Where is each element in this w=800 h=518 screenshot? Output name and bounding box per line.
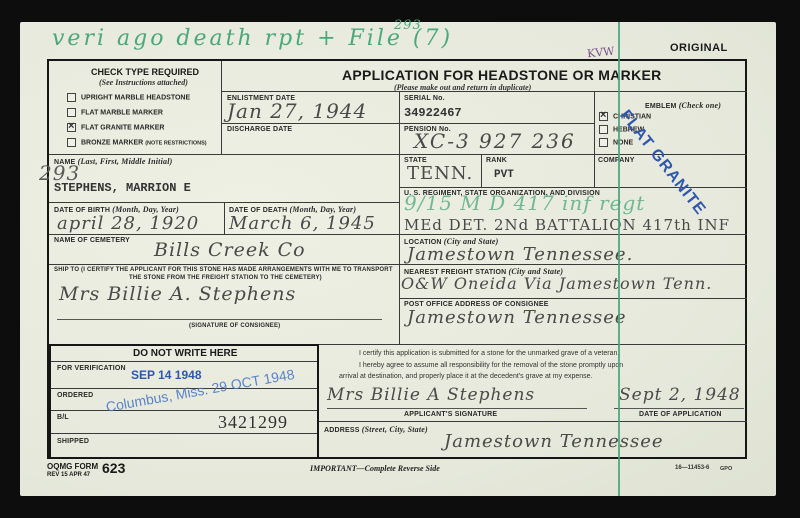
option-label: UPRIGHT MARBLE HEADSTONE [81, 94, 190, 101]
headstone-application-card: veri ago death rpt + File (7) 293 KVW OR… [20, 22, 776, 496]
name-label-hint: (Last, First, Middle Initial) [78, 157, 173, 166]
serial-no-label: SERIAL No. [404, 95, 445, 102]
option-label: FLAT GRANITE MARKER [81, 124, 164, 131]
form-rev: REV 15 APR 47 [47, 471, 98, 479]
office-use-heading: DO NOT WRITE HERE [133, 348, 237, 359]
option-note: (NOTE RESTRICTIONS) [145, 140, 206, 146]
date-of-application-value[interactable]: Sept 2, 1948 [619, 385, 741, 405]
option-label: FLAT MARBLE MARKER [81, 109, 163, 116]
rank-value[interactable]: PVT [494, 169, 514, 181]
verification-date-stamp: SEP 14 1948 [131, 368, 202, 382]
discharge-date-label: DISCHARGE DATE [227, 126, 292, 133]
ship-to-label-line2: THE STONE FROM THE FREIGHT STATION TO TH… [129, 275, 322, 281]
ordered-label: ORDERED [57, 392, 93, 399]
original-label: ORIGINAL [670, 42, 728, 54]
option-label: NONE [613, 139, 633, 146]
date-of-birth-value[interactable]: april 28, 1920 [57, 213, 199, 234]
cemetery-label: NAME OF CEMETERY [54, 237, 130, 244]
pension-no-value[interactable]: XC-3 927 236 [414, 129, 576, 153]
checkbox-hebrew[interactable] [599, 125, 608, 134]
enlistment-date-value[interactable]: Jan 27, 1944 [227, 99, 367, 123]
regiment-value[interactable]: MEd DET. 2Nd BATTALION 417th INF [404, 216, 730, 234]
freight-station-value[interactable]: O&W Oneida Via Jamestown Tenn. [401, 274, 712, 293]
option-label: BRONZE MARKER [81, 139, 143, 146]
applicant-signature-label: APPLICANT'S SIGNATURE [404, 411, 497, 418]
company-label: COMPANY [598, 157, 635, 164]
form-title: APPLICATION FOR HEADSTONE OR MARKER [342, 67, 662, 83]
ship-to-label-line1: SHIP TO (I CERTIFY THE APPLICANT FOR THI… [54, 267, 393, 273]
check-type-subheading: (See Instructions attached) [99, 78, 188, 87]
ship-to-signature[interactable]: Mrs Billie A. Stephens [59, 283, 296, 305]
file-number-superscript: 293 [394, 18, 422, 33]
form-number: 623 [102, 460, 125, 476]
option-flat-granite-marker[interactable]: FLAT GRANITE MARKER [67, 123, 164, 132]
address-label: ADDRESS (Street, City, State) [324, 425, 428, 434]
consignee-signature-caption: (SIGNATURE OF CONSIGNEE) [189, 323, 280, 329]
checkbox-christian[interactable] [599, 112, 608, 121]
date-of-death-value[interactable]: March 6, 1945 [229, 213, 376, 234]
printer-code: GPO [720, 466, 732, 472]
consignee-address-value[interactable]: Jamestown Tennessee [407, 307, 627, 328]
cert-line-2: I hereby agree to assume all responsibil… [359, 362, 623, 369]
option-upright-marble-headstone[interactable]: UPRIGHT MARBLE HEADSTONE [67, 93, 190, 102]
address-label-main: ADDRESS [324, 427, 360, 434]
serial-no-value[interactable]: 34922467 [404, 106, 462, 120]
print-code: 16—11453-6 [675, 465, 709, 471]
emblem-label-main: EMBLEM [645, 103, 677, 110]
location-value[interactable]: Jamestown Tennessee. [407, 244, 633, 265]
cert-line-1: I certify this application is submitted … [359, 350, 619, 357]
address-value[interactable]: Jamestown Tennessee [444, 431, 664, 452]
check-type-heading: CHECK TYPE REQUIRED [91, 67, 199, 77]
applicant-signature[interactable]: Mrs Billie A Stephens [327, 385, 535, 405]
for-verification-label: FOR VERIFICATION [57, 365, 126, 372]
form-box: APPLICATION FOR HEADSTONE OR MARKER (Ple… [47, 59, 747, 459]
regiment-annotation: 9/15 M D 417 inf regt [404, 191, 645, 215]
date-of-application-label: DATE OF APPLICATION [639, 411, 722, 418]
cemetery-value[interactable]: Bills Creek Co [154, 239, 306, 261]
checkbox-bronze[interactable] [67, 138, 76, 147]
office-use-box: DO NOT WRITE HERE FOR VERIFICATION SEP 1… [49, 344, 319, 459]
top-annotation: veri ago death rpt + File (7) [52, 26, 453, 51]
form-prefix: OQMG FORM [47, 463, 98, 471]
shipped-label: SHIPPED [57, 438, 89, 445]
cert-line-3: arrival at destination, and properly pla… [339, 373, 592, 380]
state-value[interactable]: TENN. [407, 163, 473, 184]
important-note: IMPORTANT—Complete Reverse Side [310, 464, 440, 473]
emblem-option-none[interactable]: NONE [599, 138, 633, 147]
option-flat-marble-marker[interactable]: FLAT MARBLE MARKER [67, 108, 163, 117]
address-label-hint: (Street, City, State) [362, 425, 428, 434]
form-id: OQMG FORM REV 15 APR 47 [47, 463, 98, 479]
emblem-label-hint: (Check one) [679, 101, 721, 110]
bl-number[interactable]: 3421299 [218, 412, 288, 433]
checkbox-none[interactable] [599, 138, 608, 147]
checkbox-upright-marble[interactable] [67, 93, 76, 102]
rank-label: RANK [486, 157, 507, 164]
name-value[interactable]: STEPHENS, MARRION E [54, 181, 191, 195]
green-pen-line [618, 22, 620, 496]
checkbox-flat-granite[interactable] [67, 123, 76, 132]
emblem-label: EMBLEM (Check one) [645, 101, 721, 110]
bl-label: B/L [57, 414, 69, 421]
checkbox-flat-marble[interactable] [67, 108, 76, 117]
option-bronze-marker[interactable]: BRONZE MARKER (NOTE RESTRICTIONS) [67, 138, 207, 147]
